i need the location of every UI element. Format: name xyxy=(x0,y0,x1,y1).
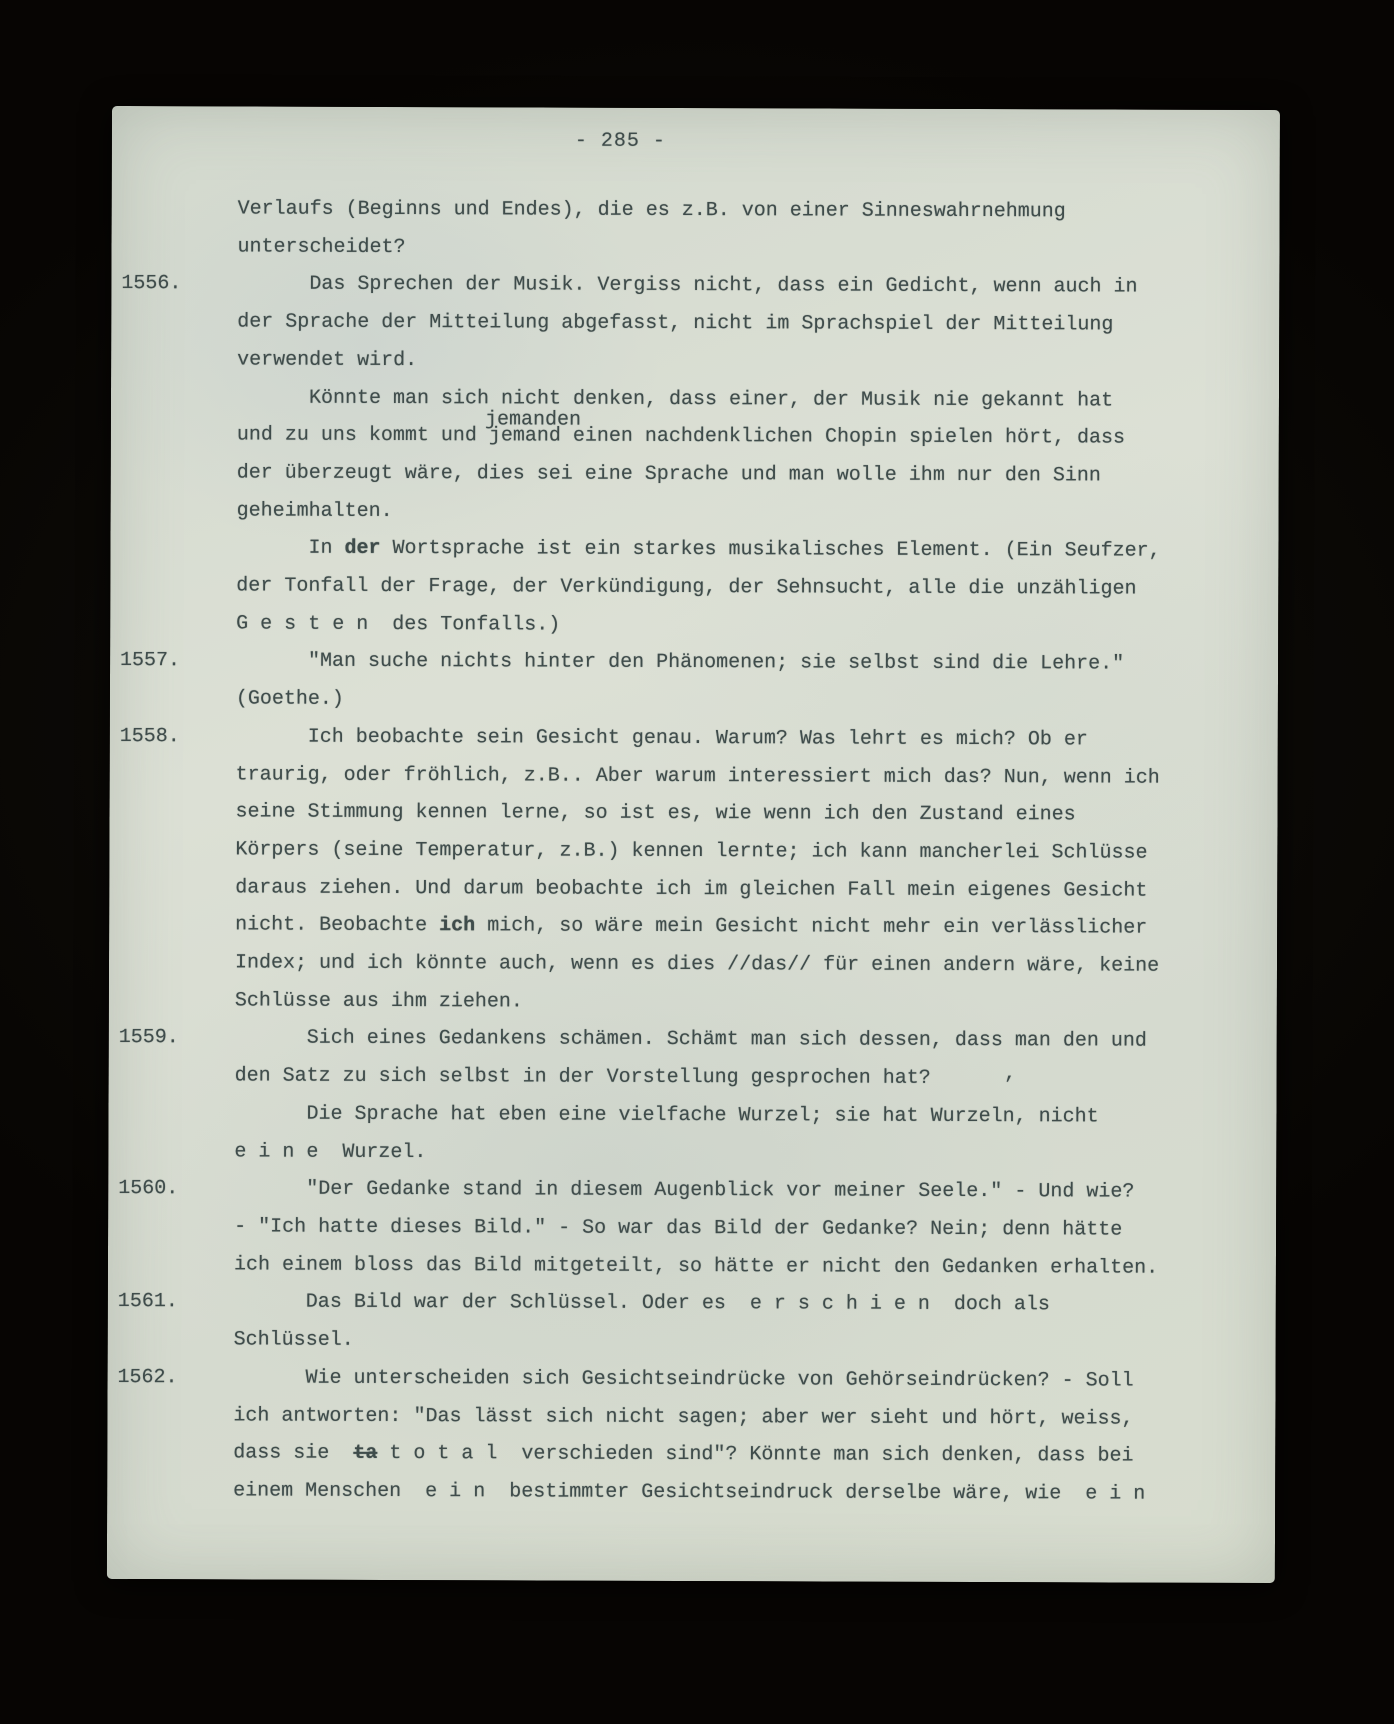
text-line: einem Menschen e i n bestimmter Gesichts… xyxy=(233,1472,1257,1513)
text-segment: Verlaufs (Beginns und Endes), die es z.B… xyxy=(238,197,1066,223)
struck-out-word: ta xyxy=(353,1442,377,1465)
text-line: den Satz zu sich selbst in der Vorstellu… xyxy=(235,1058,1259,1099)
text-segment: der Tonfall der Frage, der Verkündigung,… xyxy=(236,574,1136,600)
manuscript-page: - 285 - Verlaufs (Beginns und Endes), di… xyxy=(107,106,1280,1583)
text-line: In der Wortsprache ist ein starkes musik… xyxy=(236,530,1260,571)
remark-number: 1557. xyxy=(120,642,180,680)
text-segment: unterscheidet? xyxy=(237,235,405,259)
text-line: verwendet wird. xyxy=(237,341,1261,382)
text-line: 1558.Ich beobachte sein Gesicht genau. W… xyxy=(236,718,1260,759)
text-segment: traurig, oder fröhlich, z.B.. Aber warum… xyxy=(236,763,1160,789)
text-line: daraus ziehen. Und darum beobachte ich i… xyxy=(235,869,1259,910)
text-line: der Sprache der Mitteilung abgefasst, ni… xyxy=(237,304,1261,345)
text-line: 1557."Man suche nichts hinter den Phänom… xyxy=(236,643,1260,684)
text-segment: seine Stimmung kennen lerne, so ist es, … xyxy=(235,801,1075,827)
text-line: 1556.Das Sprechen der Musik. Vergiss nic… xyxy=(237,266,1261,307)
text-segment: verwendet wird. xyxy=(237,348,417,372)
text-segment: G e s t e n des Tonfalls.) xyxy=(236,612,560,636)
text-line: 1559.Sich eines Gedankens schämen. Schäm… xyxy=(235,1020,1259,1061)
text-line: unterscheidet? xyxy=(237,228,1261,269)
remark-number: 1561. xyxy=(118,1283,178,1321)
text-segment: Index; und ich könnte auch, wenn es dies… xyxy=(235,951,1159,977)
text-line: Verlaufs (Beginns und Endes), die es z.B… xyxy=(238,190,1262,231)
overtyped-word: ich xyxy=(439,915,475,938)
text-segment: "Man suche nichts hinter den Phänomenen;… xyxy=(308,650,1124,676)
text-segment: mich, so wäre mein Gesicht nicht mehr ei… xyxy=(475,915,1147,940)
text-segment: nicht. Beobachte xyxy=(235,914,439,938)
remark-number: 1558. xyxy=(120,718,180,756)
text-line: 1561.Das Bild war der Schlüssel. Oder es… xyxy=(234,1284,1258,1325)
text-segment: Die Sprache hat eben eine vielfache Wurz… xyxy=(306,1103,1098,1129)
text-line: ich einem bloss das Bild mitgeteilt, so … xyxy=(234,1246,1258,1287)
text-segment: und zu uns kommt und xyxy=(237,424,489,448)
stray-mark: ’ xyxy=(931,1074,1015,1097)
text-line: Index; und ich könnte auch, wenn es dies… xyxy=(235,944,1259,985)
text-line: Die Sprache hat eben eine vielfache Wurz… xyxy=(234,1095,1258,1136)
text-column: Verlaufs (Beginns und Endes), die es z.B… xyxy=(233,106,1262,1513)
remark-number: 1562. xyxy=(117,1359,177,1397)
text-segment: einem Menschen e i n bestimmter Gesichts… xyxy=(233,1479,1145,1505)
text-segment: der überzeugt wäre, dies sei eine Sprach… xyxy=(237,461,1101,487)
inline-correction: jemandenjemand xyxy=(489,425,561,448)
text-line: dass sie ta t o t a l verschieden sind"?… xyxy=(233,1435,1257,1476)
text-segment: den Satz zu sich selbst in der Vorstellu… xyxy=(235,1065,931,1090)
text-segment: Schlüsse aus ihm ziehen. xyxy=(235,989,523,1013)
text-line: der überzeugt wäre, dies sei eine Sprach… xyxy=(237,454,1261,495)
text-segment: einen nachdenklichen Chopin spielen hört… xyxy=(561,425,1125,450)
text-line: geheimhalten. xyxy=(237,492,1261,533)
inserted-word: jemanden xyxy=(485,402,581,440)
text-segment: Körpers (seine Temperatur, z.B.) kennen … xyxy=(235,838,1147,864)
text-line: ich antworten: "Das lässt sich nicht sag… xyxy=(233,1397,1257,1438)
text-segment: In xyxy=(308,537,344,560)
text-line: e i n e Wurzel. xyxy=(234,1133,1258,1174)
text-segment: t o t a l verschieden sind"? Könnte man … xyxy=(377,1442,1133,1468)
text-line: (Goethe.) xyxy=(236,681,1260,722)
text-segment: Wie unterscheiden sich Gesichtseindrücke… xyxy=(306,1366,1134,1392)
text-segment: e i n e Wurzel. xyxy=(234,1140,426,1164)
text-line: Schlüssel. xyxy=(234,1322,1258,1363)
text-segment: - "Ich hatte dieses Bild." - So war das … xyxy=(234,1215,1122,1241)
text-line: und zu uns kommt und jemandenjemand eine… xyxy=(237,417,1261,458)
text-segment: Könnte man sich nicht denken, dass einer… xyxy=(309,386,1113,412)
text-line: 1560."Der Gedanke stand in diesem Augenb… xyxy=(234,1171,1258,1212)
text-line: G e s t e n des Tonfalls.) xyxy=(236,605,1260,646)
text-segment: (Goethe.) xyxy=(236,688,344,711)
text-segment: Das Bild war der Schlüssel. Oder es e r … xyxy=(306,1291,1050,1317)
text-segment: Sich eines Gedankens schämen. Schämt man… xyxy=(307,1027,1147,1053)
scan-background: - 285 - Verlaufs (Beginns und Endes), di… xyxy=(0,0,1394,1724)
text-segment: ich einem bloss das Bild mitgeteilt, so … xyxy=(234,1253,1158,1279)
text-line: traurig, oder fröhlich, z.B.. Aber warum… xyxy=(236,756,1260,797)
remark-number: 1559. xyxy=(119,1019,179,1057)
text-segment: dass sie xyxy=(233,1442,353,1465)
text-line: 1562.Wie unterscheiden sich Gesichtseind… xyxy=(233,1359,1257,1400)
text-segment: daraus ziehen. Und darum beobachte ich i… xyxy=(235,876,1147,902)
text-line: nicht. Beobachte ich mich, so wäre mein … xyxy=(235,907,1259,948)
text-segment: der Sprache der Mitteilung abgefasst, ni… xyxy=(237,311,1113,337)
text-segment: ich antworten: "Das lässt sich nicht sag… xyxy=(233,1404,1133,1430)
text-segment: Wortsprache ist ein starkes musikalische… xyxy=(380,537,1160,563)
text-line: Könnte man sich nicht denken, dass einer… xyxy=(237,379,1261,420)
text-line: - "Ich hatte dieses Bild." - So war das … xyxy=(234,1208,1258,1249)
text-line: seine Stimmung kennen lerne, so ist es, … xyxy=(235,794,1259,835)
overtyped-word: der xyxy=(344,537,380,560)
text-segment: geheimhalten. xyxy=(237,499,393,523)
remark-number: 1560. xyxy=(118,1170,178,1208)
text-line: Körpers (seine Temperatur, z.B.) kennen … xyxy=(235,831,1259,872)
text-line: Schlüsse aus ihm ziehen. xyxy=(235,982,1259,1023)
text-segment: "Der Gedanke stand in diesem Augenblick … xyxy=(306,1178,1134,1204)
remark-number: 1556. xyxy=(121,265,181,303)
text-segment: Ich beobachte sein Gesicht genau. Warum?… xyxy=(308,726,1088,752)
text-segment: Schlüssel. xyxy=(234,1329,354,1352)
text-segment: Das Sprechen der Musik. Vergiss nicht, d… xyxy=(309,273,1137,299)
text-line: der Tonfall der Frage, der Verkündigung,… xyxy=(236,567,1260,608)
